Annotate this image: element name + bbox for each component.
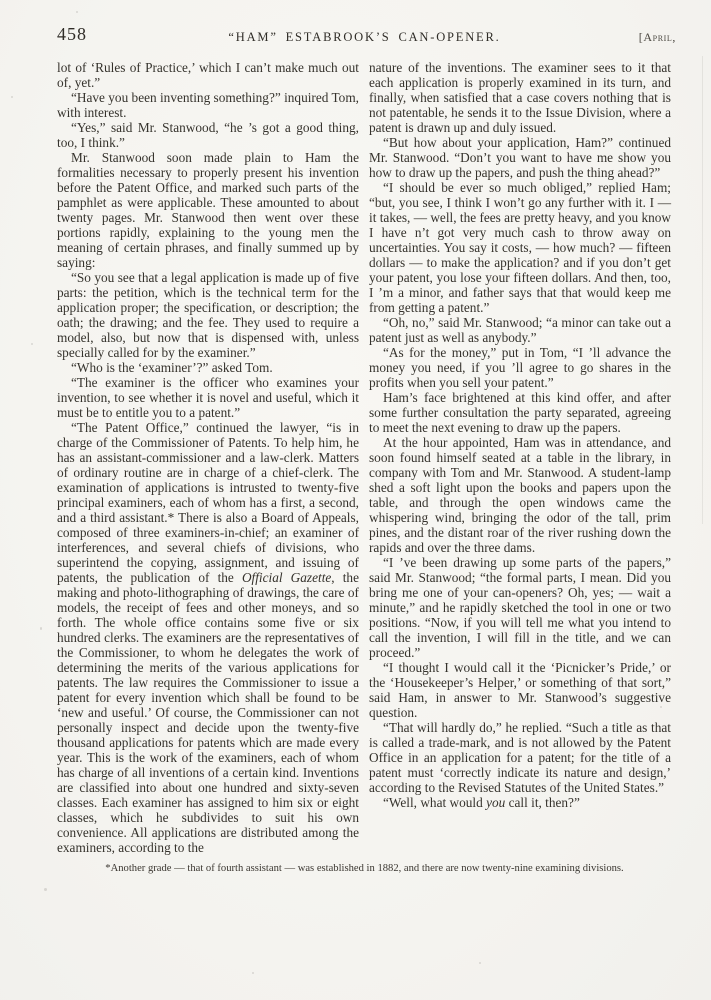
left-column: lot of ‘Rules of Practice,’ which I can’… bbox=[57, 60, 359, 855]
italic-text-run: Official Gazette bbox=[242, 570, 331, 585]
paragraph: “The Patent Office,” continued the lawye… bbox=[57, 420, 359, 855]
text-run: “But how about your application, Ham?” c… bbox=[369, 135, 671, 180]
paragraph: nature of the inventions. The examiner s… bbox=[369, 60, 671, 135]
page-header: 458 “HAM” ESTABROOK’S CAN-OPENER. [April… bbox=[57, 26, 672, 50]
text-run: call it, then?” bbox=[505, 795, 580, 810]
text-run: “That will hardly do,” he replied. “Such… bbox=[369, 720, 671, 795]
issue-marker: [April, bbox=[639, 30, 676, 45]
text-run: “The Patent Office,” continued the lawye… bbox=[57, 420, 359, 585]
scan-speck bbox=[40, 627, 42, 630]
scan-speck bbox=[660, 706, 662, 708]
text-run: Mr. Stanwood soon made plain to Ham the … bbox=[57, 150, 359, 270]
text-run: “So you see that a legal application is … bbox=[57, 270, 359, 360]
paragraph: “Oh, no,” said Mr. Stanwood; “a minor ca… bbox=[369, 315, 671, 345]
text-run: “Well, what would bbox=[383, 795, 486, 810]
text-columns: lot of ‘Rules of Practice,’ which I can’… bbox=[57, 60, 672, 855]
text-run: lot of ‘Rules of Practice,’ which I can’… bbox=[57, 60, 359, 90]
paragraph: “Yes,” said Mr. Stanwood, “he ’s got a g… bbox=[57, 120, 359, 150]
page: 458 “HAM” ESTABROOK’S CAN-OPENER. [April… bbox=[0, 0, 711, 1000]
text-run: “Who is the ‘examiner’?” asked Tom. bbox=[71, 360, 273, 375]
scanned-book-page: { "header": { "page_number": "458", "tit… bbox=[0, 0, 711, 1000]
right-column: nature of the inventions. The examiner s… bbox=[369, 60, 671, 855]
paragraph: lot of ‘Rules of Practice,’ which I can’… bbox=[57, 60, 359, 90]
text-run: At the hour appointed, Ham was in attend… bbox=[369, 435, 671, 555]
paragraph: At the hour appointed, Ham was in attend… bbox=[369, 435, 671, 555]
paragraph: “I ’ve been drawing up some parts of the… bbox=[369, 555, 671, 660]
scan-speck bbox=[11, 96, 13, 98]
text-run: Ham’s face brightened at this kind offer… bbox=[369, 390, 671, 435]
scan-speck bbox=[31, 343, 33, 345]
text-run: “As for the money,” put in Tom, “I ’ll a… bbox=[369, 345, 671, 390]
paragraph: “Have you been inventing something?” inq… bbox=[57, 90, 359, 120]
text-run: “Have you been inventing something?” inq… bbox=[57, 90, 359, 120]
scan-speck bbox=[479, 962, 481, 964]
italic-text-run: you bbox=[486, 795, 505, 810]
scan-speck bbox=[252, 972, 254, 974]
text-run: “I ’ve been drawing up some parts of the… bbox=[369, 555, 671, 660]
paragraph: “So you see that a legal application is … bbox=[57, 270, 359, 360]
text-run: “Oh, no,” said Mr. Stanwood; “a minor ca… bbox=[369, 315, 671, 345]
paragraph: “But how about your application, Ham?” c… bbox=[369, 135, 671, 180]
paragraph: “Who is the ‘examiner’?” asked Tom. bbox=[57, 360, 359, 375]
scan-speck bbox=[44, 888, 47, 891]
text-run: “I should be ever so much obliged,” repl… bbox=[369, 180, 671, 315]
paragraph: “The examiner is the officer who examine… bbox=[57, 375, 359, 420]
scan-speck bbox=[76, 11, 78, 13]
text-run: “The examiner is the officer who examine… bbox=[57, 375, 359, 420]
paragraph: “I should be ever so much obliged,” repl… bbox=[369, 180, 671, 315]
paragraph: Ham’s face brightened at this kind offer… bbox=[369, 390, 671, 435]
paragraph: “I thought I would call it the ‘Picnicke… bbox=[369, 660, 671, 720]
scan-edge-line bbox=[702, 56, 703, 524]
paragraph: Mr. Stanwood soon made plain to Ham the … bbox=[57, 150, 359, 270]
text-run: “Yes,” said Mr. Stanwood, “he ’s got a g… bbox=[57, 120, 359, 150]
paragraph: “As for the money,” put in Tom, “I ’ll a… bbox=[369, 345, 671, 390]
paragraph: “That will hardly do,” he replied. “Such… bbox=[369, 720, 671, 795]
text-run: nature of the inventions. The examiner s… bbox=[369, 60, 671, 135]
paragraph: “Well, what would you call it, then?” bbox=[369, 795, 671, 810]
text-run: , the making and photo-lithographing of … bbox=[57, 570, 359, 855]
running-title: “HAM” ESTABROOK’S CAN-OPENER. bbox=[228, 30, 500, 45]
footnote: *Another grade — that of fourth assistan… bbox=[57, 863, 672, 875]
page-number: 458 bbox=[57, 24, 87, 45]
text-run: “I thought I would call it the ‘Picnicke… bbox=[369, 660, 671, 720]
